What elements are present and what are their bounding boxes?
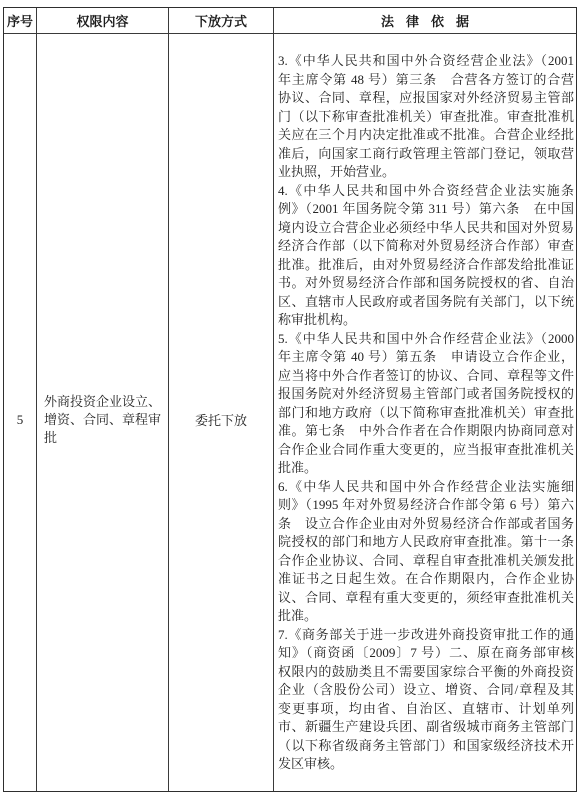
- text-line: 业执照，开始营业。: [278, 163, 574, 182]
- text-line: 7.《商务部关于进一步改进外商投资审批工作的通: [278, 626, 574, 645]
- header-label: 下放方式: [195, 11, 247, 30]
- text-line: （以下称省级商务主管部门）和国家级经济技术开: [278, 737, 574, 756]
- cell-index: 5: [4, 34, 37, 791]
- text-line: 准后，向国家工商行政管理主管部门登记，领取营: [278, 145, 574, 164]
- cell-authority-content: 外商投资企业设立、 增资、合同、章程审 批: [37, 34, 169, 791]
- text-line: 发区审核。: [278, 755, 574, 774]
- row-index: 5: [17, 412, 24, 428]
- legal-basis-item: 5.《中华人民共和国中外合作经营企业法》（2000 年主席令第 40 号）第五条…: [278, 330, 574, 478]
- text-line: 批准。: [278, 607, 574, 626]
- text-line: 权限内的鼓励类且不需要国家综合平衡的外商投资: [278, 663, 574, 682]
- text-line: 增资、合同、章程审: [44, 411, 168, 429]
- text-line: 报国务院对外经济贸易主管部门或者国务院授权的: [278, 385, 574, 404]
- legal-basis-item: 7.《商务部关于进一步改进外商投资审批工作的通 知》（商资函〔2009〕7 号）…: [278, 626, 574, 774]
- text-line: 协议、合同、章程，应报国家对外经济贸易主管部: [278, 89, 574, 108]
- header-cell-delegation-method: 下放方式: [169, 8, 274, 34]
- text-line: 变更事项，均由省、自治区、直辖市、计划单列: [278, 700, 574, 719]
- text-line: 称审批机构。: [278, 311, 574, 330]
- text-line: 批准。批准后，由对外贸易经济合作部发给批准证: [278, 256, 574, 275]
- text-line: 3.《中华人民共和国中外合资经营企业法》（2001: [278, 52, 574, 71]
- text-line: 4.《中华人民共和国中外合资经营企业法实施条: [278, 182, 574, 201]
- text-line: 例》（2001 年国务院令第 311 号）第六条 在中国: [278, 200, 574, 219]
- text-line: 议、合同、章程有重大变更的，须经审查批准机关: [278, 589, 574, 608]
- text-line: 年主席令第 40 号）第五条 申请设立合作企业，: [278, 348, 574, 367]
- text-line: 经济合作部（以下简称对外贸易经济合作部）审查: [278, 237, 574, 256]
- text-line: 年主席令第 48 号）第三条 合营各方签订的合营: [278, 71, 574, 90]
- text-line: 书。对外贸易经济合作部和国务院授权的省、自治: [278, 274, 574, 293]
- text-line: 部门和地方政府（以下简称审查批准机关）审查批: [278, 404, 574, 423]
- header-cell-legal-basis: 法律依据: [274, 8, 576, 34]
- text-line: 应当将中外合作者签订的协议、合同、章程等文件: [278, 367, 574, 386]
- cell-legal-basis: 3.《中华人民共和国中外合资经营企业法》（2001 年主席令第 48 号）第三条…: [274, 34, 576, 791]
- text-line: 知》（商资函〔2009〕7 号）二、原在商务部审核: [278, 644, 574, 663]
- text-line: 外商投资企业设立、: [44, 393, 168, 411]
- text-line: 批准。: [278, 459, 574, 478]
- text-line: 市、新疆生产建设兵团、副省级城市商务主管部门: [278, 718, 574, 737]
- text-line: 合作企业协议、合同、章程自审查批准机关颁发批: [278, 552, 574, 571]
- delegation-method-text: 委托下放: [195, 410, 247, 429]
- header-cell-index: 序号: [4, 8, 37, 34]
- text-line: 区、直辖市人民政府或者国务院有关部门，以下统: [278, 293, 574, 312]
- text-line: 准证书之日起生效。在合作期限内，合作企业协: [278, 570, 574, 589]
- text-line: 则》（1995 年对外贸易经济合作部令第 6 号）第六: [278, 496, 574, 515]
- delegation-table: 序号 权限内容 下放方式 法律依据 5 外商投资企业设立、 增资、合同、章程审 …: [3, 7, 577, 792]
- header-label: 权限内容: [76, 11, 128, 30]
- text-line: 5.《中华人民共和国中外合作经营企业法》（2000: [278, 330, 574, 349]
- text-line: 院授权的部门和地方人民政府审查批准。第十一条: [278, 533, 574, 552]
- text-line: 境内设立合营企业必须经中华人民共和国对外贸易: [278, 219, 574, 238]
- text-line: 批: [44, 429, 168, 447]
- header-cell-authority-content: 权限内容: [37, 8, 169, 34]
- header-label: 序号: [7, 11, 33, 30]
- text-line: 企业（含股份公司）设立、增资、合同/章程及其: [278, 681, 574, 700]
- text-line: 合作企业合同作重大变更的，应当报审查批准机关: [278, 441, 574, 460]
- text-line: 关应在三个月内决定批准或不批准。合营企业经批: [278, 126, 574, 145]
- legal-basis-item: 6.《中华人民共和国中外合作经营企业法实施细 则》（1995 年对外贸易经济合作…: [278, 478, 574, 626]
- text-line: 门（以下称审查批准机关）审查批准。审查批准机: [278, 108, 574, 127]
- text-line: 条 设立合作企业由对外贸易经济合作部或者国务: [278, 515, 574, 534]
- text-line: 准。第七条 中外合作者在合作期限内协商同意对: [278, 422, 574, 441]
- legal-basis-item: 4.《中华人民共和国中外合资经营企业法实施条 例》（2001 年国务院令第 31…: [278, 182, 574, 330]
- text-line: 6.《中华人民共和国中外合作经营企业法实施细: [278, 478, 574, 497]
- header-label: 法律依据: [369, 11, 481, 30]
- cell-delegation-method: 委托下放: [169, 34, 274, 791]
- legal-basis-item: 3.《中华人民共和国中外合资经营企业法》（2001 年主席令第 48 号）第三条…: [278, 52, 574, 182]
